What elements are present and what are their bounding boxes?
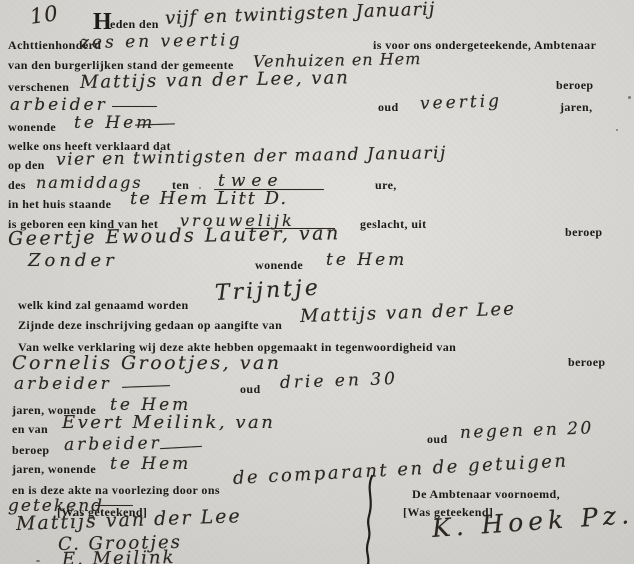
mother-name-handwriting: Geertje Ewouds Lauter, van [8,222,341,250]
house-label: in het huis staande [8,197,111,212]
child-name-handwriting: Trijntje [214,275,321,306]
verschenen-label: verschenen [8,80,69,95]
gender-post-label: geslacht, uit [360,217,427,232]
des-label: des [8,178,26,193]
pen-flourish [122,385,170,388]
declarant-oud-label: oud [378,100,399,115]
date-day-handwriting: vijf en twintigsten Januarij [165,0,436,29]
child-name-label: welk kind zal genaamd worden [18,298,189,313]
bracket-stroke [358,476,382,564]
act-number: 10 [28,1,60,29]
declarant-jaren-label: jaren, [560,100,593,115]
year-handwriting: zes en veertig [80,30,243,53]
registrant-handwriting: Mattijs van der Lee [300,298,517,327]
registration-label: Zijnde deze inschrijving gedaan op aangi… [18,318,282,333]
pen-flourish [112,106,157,107]
declarant-name-handwriting: Mattijs van der Lee, van [80,67,350,93]
mother-beroep-label: beroep [565,225,603,240]
voorlezing-handwriting: de comparant en de getuigen [232,450,569,489]
witness2-name-handwriting: Evert Meilink, van [62,412,275,433]
mother-occupation-handwriting: Zonder [28,250,118,271]
wonende-label: wonende [8,120,56,135]
declarant-occupation-handwriting: arbeider [10,95,108,115]
witness2-age-handwriting: negen en 20 [460,418,594,443]
ambtenaar-label: De Ambtenaar voornoemd, [412,487,560,502]
heden-den-label: eden den [110,17,159,32]
en-van-label: en van [12,422,48,437]
paper-speck [36,560,40,562]
op-den-label: op den [8,158,45,173]
paper-speck [628,96,631,99]
declarant-age-handwriting: veertig [420,91,503,114]
witness1-beroep-label: beroep [568,355,606,370]
witness2-beroep-label: beroep [12,443,50,458]
mother-residence-handwriting: te Hem [326,250,407,270]
witness1-name-handwriting: Cornelis Grootjes, van [12,352,282,374]
witness2-jaren-wonende-label: jaren, wonende [12,462,96,477]
witness2-oud-label: oud [427,432,448,447]
mother-wonende-label: wonende [255,258,303,273]
birth-record-scan: 10 H eden den vijf en twintigsten Januar… [0,0,634,564]
paper-speck [244,196,246,198]
witness2-residence-handwriting: te Hem [110,454,191,474]
paper-speck [199,187,201,189]
daypart-handwriting: namiddags [36,173,143,192]
witness2-occupation-handwriting: arbeider [64,433,162,455]
pen-flourish [160,446,202,450]
declarant-residence-handwriting: te Hem [74,113,155,133]
signature-witness2: E. Meilink [62,547,176,564]
witness1-oud-label: oud [240,382,261,397]
house-handwriting: te Hem Litt D. [130,188,288,209]
ure-label: ure, [375,178,397,193]
paper-speck [616,129,618,131]
declarant-beroep-label: beroep [556,78,594,93]
witness1-occupation-handwriting: arbeider [14,374,112,394]
witness1-age-handwriting: drie en 30 [280,369,399,393]
